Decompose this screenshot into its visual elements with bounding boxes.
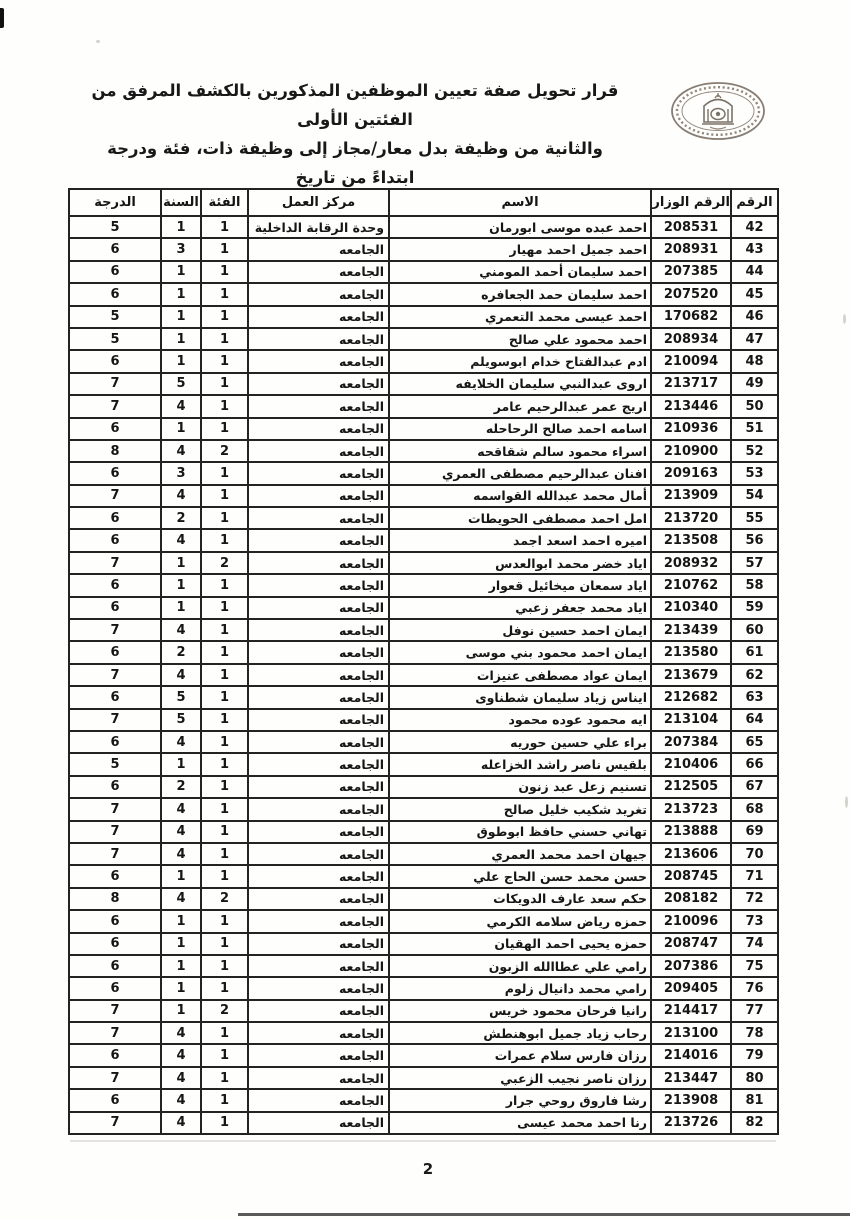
- grade-cell: 6: [69, 261, 161, 283]
- ministry-number-cell: 209405: [651, 977, 731, 999]
- table-row: 62 213679 ايمان عواد مصطفى عنيزات الجامع…: [69, 664, 778, 686]
- grade-cell: 5: [69, 328, 161, 350]
- employee-name-cell: حمزه رياض سلامه الكرمي: [389, 910, 651, 932]
- year-cell: 1: [161, 910, 201, 932]
- table-row: 46 170682 احمد عيسى محمد التعمري الجامعه…: [69, 306, 778, 328]
- grade-cell: 7: [69, 709, 161, 731]
- ministry-number-cell: 208931: [651, 238, 731, 260]
- scan-artifact-corner-mark: [0, 8, 4, 28]
- table-row: 50 213446 اريج عمر عبدالرحيم عامر الجامع…: [69, 395, 778, 417]
- employee-name-cell: ايمان احمد حسين نوفل: [389, 619, 651, 641]
- work-center-cell: الجامعه: [248, 238, 389, 260]
- row-number-cell: 62: [731, 664, 778, 686]
- grade-cell: 5: [69, 306, 161, 328]
- work-center-cell: الجامعه: [248, 395, 389, 417]
- work-center-cell: الجامعه: [248, 798, 389, 820]
- document-page: قرار تحويل صفة تعيين الموظفين المذكورين …: [0, 0, 850, 1220]
- employee-name-cell: رزان ناصر نجيب الزعبي: [389, 1067, 651, 1089]
- category-cell: 1: [201, 306, 248, 328]
- grade-cell: 6: [69, 418, 161, 440]
- category-cell: 1: [201, 664, 248, 686]
- ministry-number-cell: 213909: [651, 485, 731, 507]
- category-cell: 1: [201, 686, 248, 708]
- category-cell: 1: [201, 328, 248, 350]
- row-number-cell: 77: [731, 1000, 778, 1022]
- ministry-number-cell: 213679: [651, 664, 731, 686]
- category-cell: 1: [201, 395, 248, 417]
- row-number-cell: 82: [731, 1112, 778, 1134]
- employee-name-cell: حسن محمد حسن الحاج علي: [389, 865, 651, 887]
- row-number-cell: 67: [731, 776, 778, 798]
- work-center-cell: الجامعه: [248, 507, 389, 529]
- employee-name-cell: اروى عبدالنبي سليمان الخلايفه: [389, 373, 651, 395]
- row-number-cell: 55: [731, 507, 778, 529]
- category-cell: 1: [201, 776, 248, 798]
- work-center-cell: الجامعه: [248, 373, 389, 395]
- row-number-cell: 71: [731, 865, 778, 887]
- row-number-cell: 50: [731, 395, 778, 417]
- row-number-cell: 51: [731, 418, 778, 440]
- work-center-cell: الجامعه: [248, 485, 389, 507]
- ministry-number-cell: 214016: [651, 1044, 731, 1066]
- ministry-number-cell: 213726: [651, 1112, 731, 1134]
- table-row: 43 208931 احمد جميل احمد مهيار الجامعه 1…: [69, 238, 778, 260]
- grade-cell: 7: [69, 1112, 161, 1134]
- work-center-cell: الجامعه: [248, 418, 389, 440]
- employee-name-cell: رنا احمد محمد عيسى: [389, 1112, 651, 1134]
- grade-cell: 7: [69, 664, 161, 686]
- ministry-number-cell: 213447: [651, 1067, 731, 1089]
- work-center-cell: الجامعه: [248, 619, 389, 641]
- employee-name-cell: تسنيم زعل عبد زنون: [389, 776, 651, 798]
- table-row: 47 208934 احمد محمود علي صالح الجامعه 1 …: [69, 328, 778, 350]
- year-cell: 1: [161, 753, 201, 775]
- table-row: 70 213606 جيهان احمد محمد العمري الجامعه…: [69, 843, 778, 865]
- grade-cell: 7: [69, 843, 161, 865]
- year-cell: 4: [161, 843, 201, 865]
- work-center-cell: الجامعه: [248, 462, 389, 484]
- employee-name-cell: احمد عيسى محمد التعمري: [389, 306, 651, 328]
- grade-cell: 7: [69, 1022, 161, 1044]
- row-number-cell: 70: [731, 843, 778, 865]
- category-cell: 1: [201, 238, 248, 260]
- decision-title-line2: والثانية من وظيفة بدل معار/مجاز إلى وظيف…: [88, 134, 622, 192]
- work-center-cell: الجامعه: [248, 865, 389, 887]
- employee-name-cell: رزان فارس سلام عمرات: [389, 1044, 651, 1066]
- ministry-number-cell: 210406: [651, 753, 731, 775]
- category-cell: 1: [201, 709, 248, 731]
- table-row: 79 214016 رزان فارس سلام عمرات الجامعه 1…: [69, 1044, 778, 1066]
- table-row: 54 213909 أمال محمد عبدالله القواسمه الج…: [69, 485, 778, 507]
- row-number-cell: 58: [731, 574, 778, 596]
- ministry-number-cell: 210340: [651, 597, 731, 619]
- employee-name-cell: احمد سليمان أحمد المومني: [389, 261, 651, 283]
- category-cell: 1: [201, 283, 248, 305]
- work-center-cell: الجامعه: [248, 328, 389, 350]
- employee-name-cell: رشا فاروق روحي جرار: [389, 1089, 651, 1111]
- employee-name-cell: براء علي حسين حوريه: [389, 731, 651, 753]
- year-cell: 4: [161, 619, 201, 641]
- ministry-number-cell: 213720: [651, 507, 731, 529]
- category-cell: 2: [201, 552, 248, 574]
- row-number-cell: 73: [731, 910, 778, 932]
- year-cell: 4: [161, 1067, 201, 1089]
- grade-cell: 6: [69, 977, 161, 999]
- year-cell: 1: [161, 977, 201, 999]
- category-cell: 1: [201, 641, 248, 663]
- grade-cell: 6: [69, 1044, 161, 1066]
- row-number-cell: 46: [731, 306, 778, 328]
- category-cell: 1: [201, 933, 248, 955]
- table-row: 44 207385 احمد سليمان أحمد المومني الجام…: [69, 261, 778, 283]
- table-body: 42 208531 احمد عبده موسى ابورمان وحدة ال…: [69, 216, 778, 1134]
- work-center-cell: الجامعه: [248, 574, 389, 596]
- year-cell: 5: [161, 686, 201, 708]
- table-row: 78 213100 رحاب زياد جميل ابوهنطش الجامعه…: [69, 1022, 778, 1044]
- col-header-employee-name: الاسم: [389, 189, 651, 216]
- row-number-cell: 42: [731, 216, 778, 238]
- work-center-cell: الجامعه: [248, 664, 389, 686]
- employee-name-cell: أمال محمد عبدالله القواسمه: [389, 485, 651, 507]
- work-center-cell: الجامعه: [248, 709, 389, 731]
- work-center-cell: الجامعه: [248, 440, 389, 462]
- year-cell: 4: [161, 529, 201, 551]
- employee-name-cell: اسراء محمود سالم شقاقحه: [389, 440, 651, 462]
- employee-name-cell: تغريد شكيب خليل صالح: [389, 798, 651, 820]
- grade-cell: 6: [69, 283, 161, 305]
- table-row: 64 213104 ايه محمود عوده محمود الجامعه 1…: [69, 709, 778, 731]
- grade-cell: 8: [69, 440, 161, 462]
- work-center-cell: الجامعه: [248, 1022, 389, 1044]
- table-row: 75 207386 رامي علي عطاالله الزبون الجامع…: [69, 955, 778, 977]
- year-cell: 4: [161, 664, 201, 686]
- employee-name-cell: حمزه يحيى احمد الهقيان: [389, 933, 651, 955]
- year-cell: 4: [161, 485, 201, 507]
- row-number-cell: 53: [731, 462, 778, 484]
- grade-cell: 6: [69, 1089, 161, 1111]
- year-cell: 5: [161, 709, 201, 731]
- category-cell: 1: [201, 373, 248, 395]
- employee-name-cell: جيهان احمد محمد العمري: [389, 843, 651, 865]
- employee-name-cell: امل احمد مصطفى الحويطات: [389, 507, 651, 529]
- table-row: 77 214417 رانيا فرحان محمود خريس الجامعه…: [69, 1000, 778, 1022]
- table-row: 56 213508 اميره احمد اسعد اجمد الجامعه 1…: [69, 529, 778, 551]
- category-cell: 1: [201, 574, 248, 596]
- grade-cell: 6: [69, 776, 161, 798]
- category-cell: 1: [201, 462, 248, 484]
- row-number-cell: 54: [731, 485, 778, 507]
- col-header-ministry-number: الرقم الوزاري: [651, 189, 731, 216]
- col-header-grade: الدرجة: [69, 189, 161, 216]
- category-cell: 1: [201, 821, 248, 843]
- grade-cell: 7: [69, 373, 161, 395]
- year-cell: 4: [161, 798, 201, 820]
- employee-name-cell: افنان عبدالرحيم مصطفى العمري: [389, 462, 651, 484]
- row-number-cell: 78: [731, 1022, 778, 1044]
- work-center-cell: الجامعه: [248, 1112, 389, 1134]
- employee-name-cell: ايناس زياد سليمان شطناوى: [389, 686, 651, 708]
- employee-name-cell: ايمان عواد مصطفى عنيزات: [389, 664, 651, 686]
- year-cell: 1: [161, 216, 201, 238]
- work-center-cell: الجامعه: [248, 753, 389, 775]
- table-row: 80 213447 رزان ناصر نجيب الزعبي الجامعه …: [69, 1067, 778, 1089]
- ministry-number-cell: 207385: [651, 261, 731, 283]
- table-row: 67 212505 تسنيم زعل عبد زنون الجامعه 1 2…: [69, 776, 778, 798]
- ministry-number-cell: 207386: [651, 955, 731, 977]
- ministry-number-cell: 170682: [651, 306, 731, 328]
- year-cell: 4: [161, 395, 201, 417]
- category-cell: 1: [201, 1044, 248, 1066]
- table-row: 66 210406 بلقيس ناصر راشد الخزاعله الجام…: [69, 753, 778, 775]
- row-number-cell: 79: [731, 1044, 778, 1066]
- work-center-cell: وحدة الرقابة الداخلية: [248, 216, 389, 238]
- grade-cell: 6: [69, 686, 161, 708]
- row-number-cell: 74: [731, 933, 778, 955]
- work-center-cell: الجامعه: [248, 350, 389, 372]
- year-cell: 1: [161, 933, 201, 955]
- category-cell: 1: [201, 731, 248, 753]
- ministry-number-cell: 212682: [651, 686, 731, 708]
- year-cell: 2: [161, 507, 201, 529]
- work-center-cell: الجامعه: [248, 843, 389, 865]
- ministry-number-cell: 213717: [651, 373, 731, 395]
- ministry-number-cell: 208182: [651, 888, 731, 910]
- grade-cell: 6: [69, 865, 161, 887]
- grade-cell: 6: [69, 462, 161, 484]
- category-cell: 1: [201, 865, 248, 887]
- row-number-cell: 49: [731, 373, 778, 395]
- table-row: 72 208182 حكم سعد عارف الدويكات الجامعه …: [69, 888, 778, 910]
- ministry-number-cell: 213439: [651, 619, 731, 641]
- row-number-cell: 64: [731, 709, 778, 731]
- ministry-number-cell: 213888: [651, 821, 731, 843]
- work-center-cell: الجامعه: [248, 731, 389, 753]
- category-cell: 1: [201, 507, 248, 529]
- table-row: 58 210762 اياد سمعان ميخائيل قعوار الجام…: [69, 574, 778, 596]
- table-row: 59 210340 اياد محمد جعفر زعبي الجامعه 1 …: [69, 597, 778, 619]
- category-cell: 1: [201, 910, 248, 932]
- ministry-number-cell: 213580: [651, 641, 731, 663]
- grade-cell: 6: [69, 574, 161, 596]
- scan-artifact-bottom-line: [238, 1213, 850, 1216]
- work-center-cell: الجامعه: [248, 529, 389, 551]
- table-row: 55 213720 امل احمد مصطفى الحويطات الجامع…: [69, 507, 778, 529]
- work-center-cell: الجامعه: [248, 552, 389, 574]
- ministry-number-cell: 213446: [651, 395, 731, 417]
- grade-cell: 6: [69, 731, 161, 753]
- employee-name-cell: بلقيس ناصر راشد الخزاعله: [389, 753, 651, 775]
- table-row: 45 207520 احمد سليمان حمد الجعافره الجام…: [69, 283, 778, 305]
- work-center-cell: الجامعه: [248, 597, 389, 619]
- table-row: 42 208531 احمد عبده موسى ابورمان وحدة ال…: [69, 216, 778, 238]
- work-center-cell: الجامعه: [248, 641, 389, 663]
- row-number-cell: 56: [731, 529, 778, 551]
- category-cell: 1: [201, 977, 248, 999]
- ministry-number-cell: 208745: [651, 865, 731, 887]
- row-number-cell: 81: [731, 1089, 778, 1111]
- table-row: 65 207384 براء علي حسين حوريه الجامعه 1 …: [69, 731, 778, 753]
- table-row: 53 209163 افنان عبدالرحيم مصطفى العمري ا…: [69, 462, 778, 484]
- employee-name-cell: رامي علي عطاالله الزبون: [389, 955, 651, 977]
- row-number-cell: 43: [731, 238, 778, 260]
- grade-cell: 6: [69, 350, 161, 372]
- grade-cell: 7: [69, 619, 161, 641]
- scan-speck: [843, 314, 846, 324]
- year-cell: 2: [161, 776, 201, 798]
- year-cell: 1: [161, 597, 201, 619]
- table-row: 51 210936 اسامه احمد صالح الرحاحله الجام…: [69, 418, 778, 440]
- year-cell: 1: [161, 574, 201, 596]
- year-cell: 5: [161, 373, 201, 395]
- ministry-number-cell: 213508: [651, 529, 731, 551]
- table-row: 63 212682 ايناس زياد سليمان شطناوى الجام…: [69, 686, 778, 708]
- category-cell: 2: [201, 888, 248, 910]
- year-cell: 4: [161, 1022, 201, 1044]
- category-cell: 1: [201, 1089, 248, 1111]
- row-number-cell: 44: [731, 261, 778, 283]
- employee-name-cell: حكم سعد عارف الدويكات: [389, 888, 651, 910]
- grade-cell: 7: [69, 1067, 161, 1089]
- year-cell: 1: [161, 1000, 201, 1022]
- grade-cell: 6: [69, 910, 161, 932]
- col-header-category: الفئة: [201, 189, 248, 216]
- row-number-cell: 48: [731, 350, 778, 372]
- category-cell: 1: [201, 955, 248, 977]
- employee-name-cell: رامي محمد دانيال زلوم: [389, 977, 651, 999]
- grade-cell: 6: [69, 238, 161, 260]
- ministry-number-cell: 213100: [651, 1022, 731, 1044]
- year-cell: 4: [161, 440, 201, 462]
- ministry-number-cell: 210096: [651, 910, 731, 932]
- col-header-work-center: مركز العمل: [248, 189, 389, 216]
- ministry-number-cell: 212505: [651, 776, 731, 798]
- employee-name-cell: اسامه احمد صالح الرحاحله: [389, 418, 651, 440]
- ministry-number-cell: 213908: [651, 1089, 731, 1111]
- grade-cell: 6: [69, 641, 161, 663]
- ministry-number-cell: 208747: [651, 933, 731, 955]
- scan-speck: [845, 796, 848, 808]
- jordan-royal-emblem-seal: [668, 80, 768, 142]
- ministry-number-cell: 207520: [651, 283, 731, 305]
- year-cell: 1: [161, 261, 201, 283]
- grade-cell: 6: [69, 529, 161, 551]
- row-number-cell: 80: [731, 1067, 778, 1089]
- work-center-cell: الجامعه: [248, 1044, 389, 1066]
- table-row: 68 213723 تغريد شكيب خليل صالح الجامعه 1…: [69, 798, 778, 820]
- employee-name-cell: رحاب زياد جميل ابوهنطش: [389, 1022, 651, 1044]
- category-cell: 1: [201, 753, 248, 775]
- row-number-cell: 76: [731, 977, 778, 999]
- ministry-number-cell: 213104: [651, 709, 731, 731]
- work-center-cell: الجامعه: [248, 306, 389, 328]
- row-number-cell: 63: [731, 686, 778, 708]
- grade-cell: 6: [69, 507, 161, 529]
- category-cell: 1: [201, 350, 248, 372]
- row-number-cell: 45: [731, 283, 778, 305]
- col-header-year: السنة: [161, 189, 201, 216]
- table-header-row: الرقم الرقم الوزاري الاسم مركز العمل الف…: [69, 189, 778, 216]
- table-row: 57 208932 اياد خضر محمد ابوالعدس الجامعه…: [69, 552, 778, 574]
- col-header-row-number: الرقم: [731, 189, 778, 216]
- year-cell: 1: [161, 306, 201, 328]
- work-center-cell: الجامعه: [248, 821, 389, 843]
- table-row: 81 213908 رشا فاروق روحي جرار الجامعه 1 …: [69, 1089, 778, 1111]
- year-cell: 3: [161, 462, 201, 484]
- employee-name-cell: اياد خضر محمد ابوالعدس: [389, 552, 651, 574]
- employee-name-cell: اياد محمد جعفر زعبي: [389, 597, 651, 619]
- grade-cell: 8: [69, 888, 161, 910]
- employee-name-cell: ايمان احمد محمود بني موسى: [389, 641, 651, 663]
- table-row: 49 213717 اروى عبدالنبي سليمان الخلايفه …: [69, 373, 778, 395]
- page-number: 2: [0, 1160, 850, 1178]
- table-row: 52 210900 اسراء محمود سالم شقاقحه الجامع…: [69, 440, 778, 462]
- row-number-cell: 57: [731, 552, 778, 574]
- table-row: 69 213888 تهاني حسني حافظ ابوطوق الجامعه…: [69, 821, 778, 843]
- employee-name-cell: ايه محمود عوده محمود: [389, 709, 651, 731]
- row-number-cell: 68: [731, 798, 778, 820]
- grade-cell: 7: [69, 821, 161, 843]
- table-row: 48 210094 ادم عبدالفتاح خدام ابوسويلم ال…: [69, 350, 778, 372]
- work-center-cell: الجامعه: [248, 283, 389, 305]
- work-center-cell: الجامعه: [248, 977, 389, 999]
- work-center-cell: الجامعه: [248, 1067, 389, 1089]
- year-cell: 4: [161, 821, 201, 843]
- category-cell: 1: [201, 261, 248, 283]
- employee-name-cell: تهاني حسني حافظ ابوطوق: [389, 821, 651, 843]
- ministry-number-cell: 207384: [651, 731, 731, 753]
- category-cell: 1: [201, 216, 248, 238]
- year-cell: 4: [161, 1044, 201, 1066]
- ministry-number-cell: 208531: [651, 216, 731, 238]
- employee-name-cell: اريج عمر عبدالرحيم عامر: [389, 395, 651, 417]
- employee-name-cell: ادم عبدالفتاح خدام ابوسويلم: [389, 350, 651, 372]
- grade-cell: 7: [69, 552, 161, 574]
- grade-cell: 5: [69, 753, 161, 775]
- grade-cell: 7: [69, 1000, 161, 1022]
- category-cell: 1: [201, 597, 248, 619]
- ministry-number-cell: 210094: [651, 350, 731, 372]
- employee-name-cell: اميره احمد اسعد اجمد: [389, 529, 651, 551]
- year-cell: 4: [161, 731, 201, 753]
- row-number-cell: 65: [731, 731, 778, 753]
- work-center-cell: الجامعه: [248, 261, 389, 283]
- year-cell: 1: [161, 865, 201, 887]
- ministry-number-cell: 214417: [651, 1000, 731, 1022]
- ministry-number-cell: 209163: [651, 462, 731, 484]
- work-center-cell: الجامعه: [248, 1089, 389, 1111]
- category-cell: 1: [201, 798, 248, 820]
- year-cell: 1: [161, 552, 201, 574]
- grade-cell: 6: [69, 933, 161, 955]
- category-cell: 2: [201, 1000, 248, 1022]
- row-number-cell: 66: [731, 753, 778, 775]
- scan-artifact-streak: [70, 1140, 776, 1142]
- employee-name-cell: رانيا فرحان محمود خريس: [389, 1000, 651, 1022]
- row-number-cell: 75: [731, 955, 778, 977]
- category-cell: 1: [201, 1067, 248, 1089]
- grade-cell: 6: [69, 597, 161, 619]
- year-cell: 1: [161, 350, 201, 372]
- table-row: 76 209405 رامي محمد دانيال زلوم الجامعه …: [69, 977, 778, 999]
- table-row: 82 213726 رنا احمد محمد عيسى الجامعه 1 4…: [69, 1112, 778, 1134]
- employee-name-cell: اياد سمعان ميخائيل قعوار: [389, 574, 651, 596]
- year-cell: 4: [161, 1112, 201, 1134]
- work-center-cell: الجامعه: [248, 888, 389, 910]
- category-cell: 1: [201, 1112, 248, 1134]
- employee-name-cell: احمد جميل احمد مهيار: [389, 238, 651, 260]
- grade-cell: 7: [69, 395, 161, 417]
- row-number-cell: 72: [731, 888, 778, 910]
